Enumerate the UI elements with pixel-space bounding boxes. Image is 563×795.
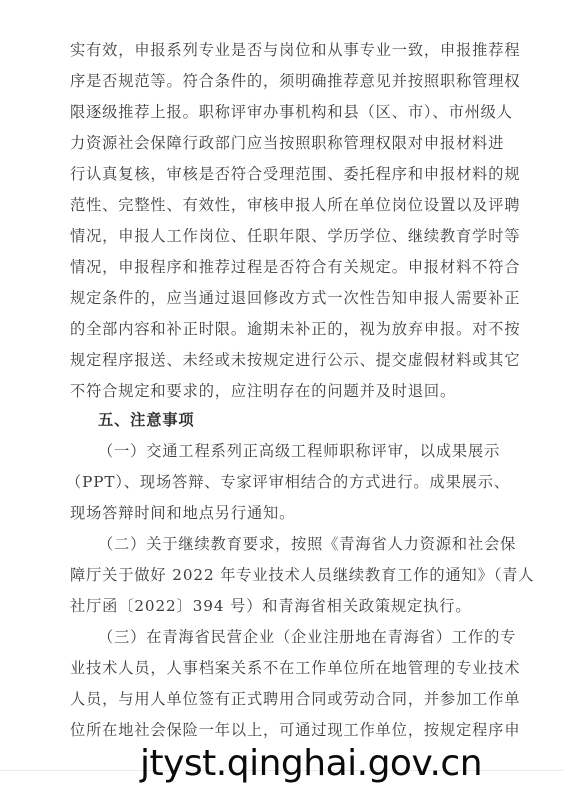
paragraph-line: 位所在地社会保险一年以上，可通过现工作单位，按规定程序申 — [70, 720, 490, 740]
paragraph-line: （三）在青海省民营企业（企业注册地在青海省）工作的专 — [98, 627, 518, 647]
source-watermark: jtyst.qinghai.gov.cn — [140, 742, 482, 786]
paragraph-line: 规定程序报送、未经或未按规定进行公示、提交虚假材料或其它 — [70, 350, 490, 370]
paragraph-line: 范性、完整性、有效性，审核申报人所在单位岗位设置以及评聘 — [70, 195, 490, 215]
paragraph-line: 的全部内容和补正时限。逾期未补正的，视为放弃申报。对不按 — [70, 319, 490, 339]
paragraph-line: 现场答辩时间和地点另行通知。 — [70, 503, 490, 523]
paragraph-line: 序是否规范等。符合条件的，须明确推荐意见并按照职称管理权 — [70, 71, 490, 91]
paragraph-line: 社厅函〔2022〕394 号）和青海省相关政策规定执行。 — [70, 596, 490, 616]
paragraph-line: （一）交通工程系列正高级工程师职称评审，以成果展示 — [98, 441, 518, 461]
paragraph-line: 情况，申报人工作岗位、任职年限、学历学位、继续教育学时等 — [70, 226, 490, 246]
paragraph-line: 实有效，申报系列专业是否与岗位和从事专业一致，申报推荐程 — [70, 40, 490, 60]
paragraph-line: 力资源社会保障行政部门应当按照职称管理权限对申报材料进 — [70, 133, 490, 153]
paragraph-line: （PPT）、现场答辩、专家评审相结合的方式进行。成果展示、 — [66, 472, 486, 492]
paragraph-line: 限逐级推荐上报。职称评审办事机构和县（区、市）、市州级人 — [70, 102, 490, 122]
paragraph-line: 障厅关于做好 2022 年专业技术人员继续教育工作的通知》（青人 — [70, 565, 490, 585]
paragraph-line: 不符合规定和要求的，应注明存在的问题并及时退回。 — [70, 381, 490, 401]
paragraph-line: （二）关于继续教育要求，按照《青海省人力资源和社会保 — [98, 534, 518, 554]
paragraph-line: 规定条件的，应当通过退回修改方式一次性告知申报人需要补正 — [70, 288, 490, 308]
document-page: 实有效，申报系列专业是否与岗位和从事专业一致，申报推荐程 序是否规范等。符合条件… — [0, 0, 563, 795]
paragraph-line: 人员，与用人单位签有正式聘用合同或劳动合同，并参加工作单 — [70, 689, 490, 709]
section-heading: 五、注意事项 — [98, 410, 518, 430]
paragraph-line: 情况，申报程序和推荐过程是否符合有关规定。申报材料不符合 — [70, 257, 490, 277]
paragraph-line: 业技术人员，人事档案关系不在工作单位所在地管理的专业技术 — [70, 658, 490, 678]
paragraph-line: 行认真复核，审核是否符合受理范围、委托程序和申报材料的规 — [70, 164, 490, 184]
